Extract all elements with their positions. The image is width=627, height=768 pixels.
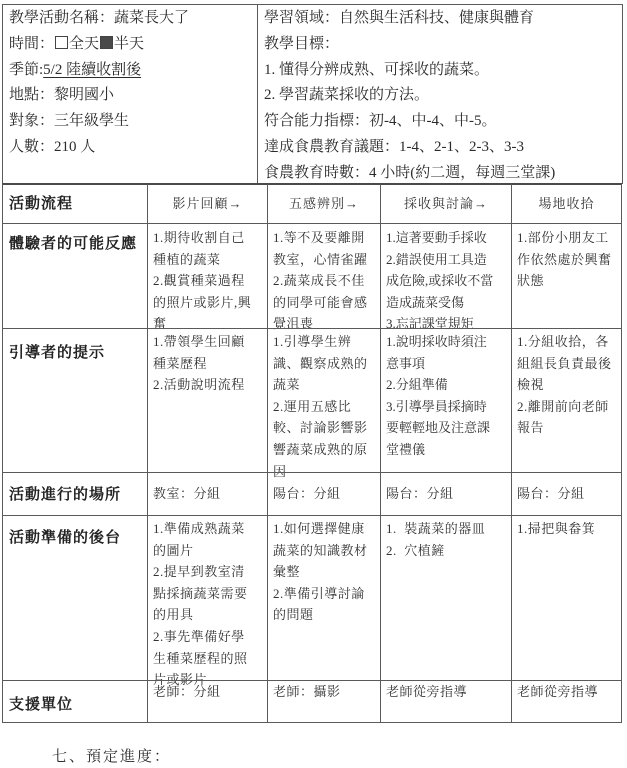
header-video-review: 影片回顧→ [147,183,268,224]
activity-info-left: 教學活動名稱：蔬菜長大了 時間：全天半天 季節:5/2 陸續收割後 地點：黎明國… [2,4,258,184]
row-label-participant-reactions: 體驗者的可能反應 [2,223,148,329]
checkbox-half-day-checked [100,36,113,49]
row-label-support-unit: 支援單位 [2,680,148,723]
season-value: 5/2 陸續收割後 [43,62,141,78]
table-cell: 陽台：分組 [511,472,622,516]
header-cleanup: 場地收拾 [511,183,622,224]
activity-info-right: 學習領域：自然與生活科技、健康與體育 教學目標： 1. 懂得分辨成熟、可採收的蔬… [257,4,623,184]
season-label: 季節: [9,62,43,78]
header-five-senses: 五感辨別→ [267,183,381,224]
table-cell: 1.這著要動手採收 2.錯誤使用工具造 成危險,或採收不當 造成蔬菜受傷 3.忘… [380,223,512,329]
time-label: 時間： [9,36,54,52]
table-cell: 1.如何選擇健康 蔬菜的知識教材 彙整 2.準備引導討論 的問題 [267,515,381,681]
activity-time: 時間：全天半天 [9,32,257,58]
table-cell: 教室：分組 [147,472,268,516]
table-cell: 陽台：分組 [267,472,381,516]
table-cell: 1.期待收割自己 種植的蔬菜 2.觀賞種菜過程 的照片或影片,興 奮 [147,223,268,329]
table-cell: 1.分組收拾，各 組組長負責最後 檢視 2.離開前向老師 報告 [511,328,622,473]
teaching-goal-2: 2. 學習蔬菜採收的方法。 [264,83,622,109]
table-cell: 1.準備成熟蔬菜 的圖片 2.提早到教室清 點採摘蔬菜需要 的用具 2.事先準備… [147,515,268,681]
table-cell: 陽台：分組 [380,472,512,516]
table-cell: 老師從旁指導 [380,680,512,723]
row-label-preparation: 活動準備的後台 [2,515,148,681]
food-education-topics: 達成食農教育議題：1-4、2-1、2-3、3-3 [264,135,622,161]
table-cell: 1. 裝蔬菜的器皿 2. 穴植鏟 [380,515,512,681]
row-label-facilitator-tips: 引導者的提示 [2,328,148,473]
activity-season: 季節:5/2 陸續收割後 [9,58,257,84]
checkbox-full-day-unchecked [55,36,68,49]
teaching-goals-title: 教學目標： [264,32,622,58]
table-cell: 1.帶領學生回顧 種菜歷程 2.活動說明流程 [147,328,268,473]
learning-domain: 學習領域：自然與生活科技、健康與體育 [264,6,622,32]
section-heading-schedule: 七、預定進度： [52,745,171,766]
header-harvest-discussion: 採收與討論→ [380,183,512,224]
activity-location: 地點：黎明國小 [9,83,257,109]
activity-headcount: 人數：210 人 [9,135,257,161]
table-cell: 1.等不及要離開 教室，心情雀躍 2.蔬菜成長不佳 的同學可能會感 覺沮喪 [267,223,381,329]
table-cell: 老師：攝影 [267,680,381,723]
table-cell: 1.掃把與畚箕 [511,515,622,681]
row-label-venue: 活動進行的場所 [2,472,148,516]
option-full-day: 全天 [69,36,99,52]
activity-name: 教學活動名稱：蔬菜長大了 [9,6,257,32]
table-cell: 1.說明採收時須注 意事項 2.分組準備 3.引導學員採摘時 要輕輕地及注意課 … [380,328,512,473]
option-half-day: 半天 [114,36,144,52]
table-cell: 老師從旁指導 [511,680,622,723]
header-activity-flow: 活動流程 [2,183,148,224]
table-cell: 1.部份小朋友工 作依然處於興奮 狀態 [511,223,622,329]
activity-target: 對象：三年級學生 [9,109,257,135]
competency-indicators: 符合能力指標：初-4、中-4、中-5。 [264,109,622,135]
teaching-goal-1: 1. 懂得分辨成熟、可採收的蔬菜。 [264,58,622,84]
table-cell: 1.引導學生辨 識、觀察成熟的 蔬菜 2.運用五感比 較、討論影響影 響蔬菜成熟… [267,328,381,473]
table-cell: 老師：分組 [147,680,268,723]
